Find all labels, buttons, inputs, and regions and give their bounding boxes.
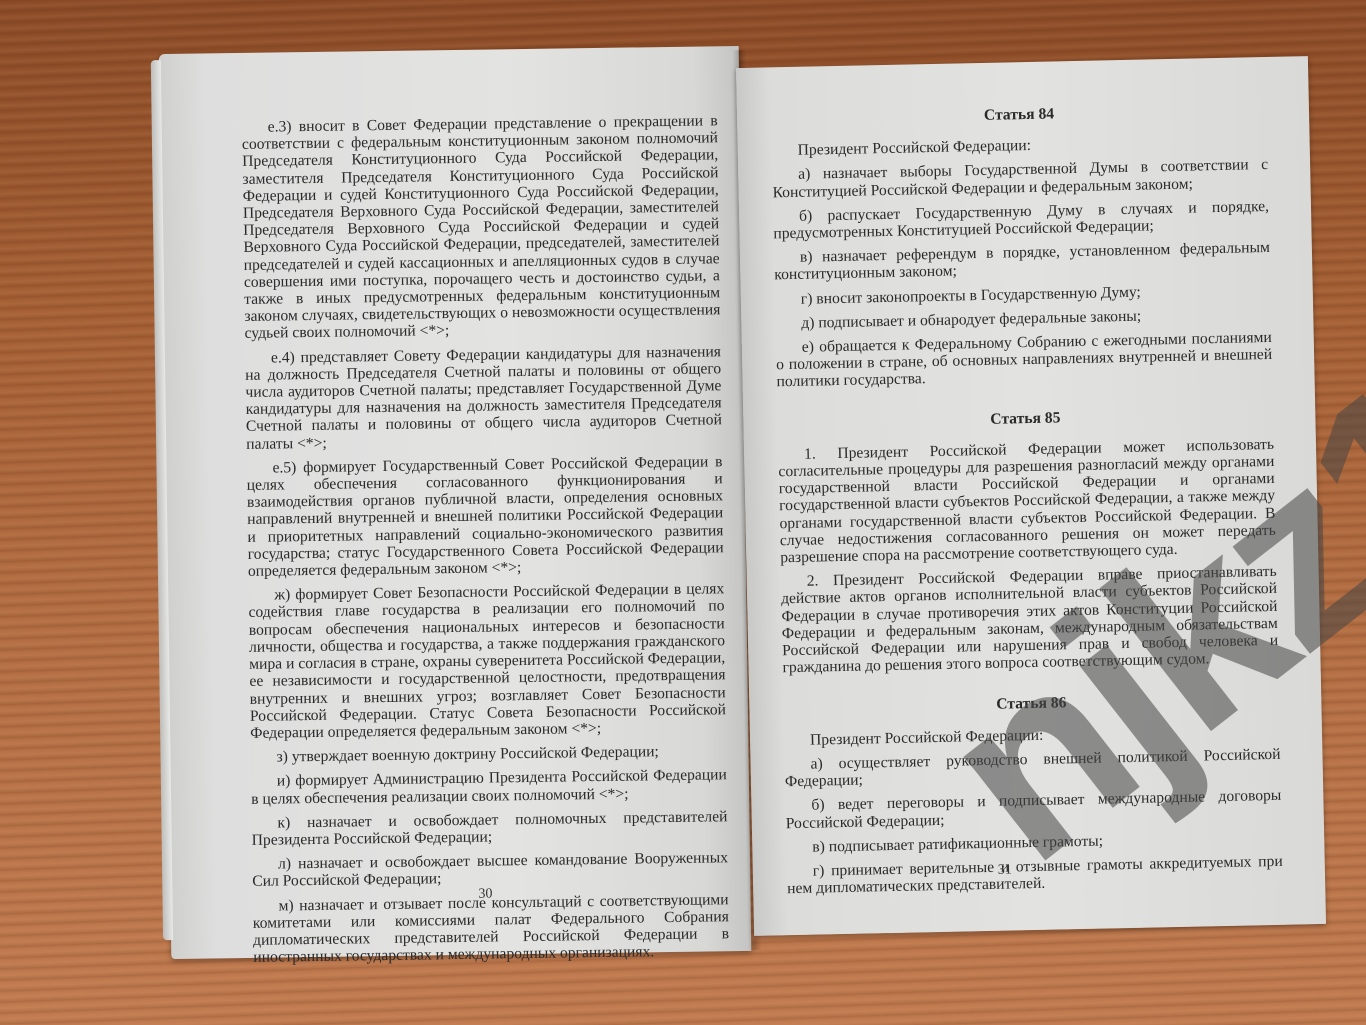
article-84: Статья 84 Президент Российской Федерации… [771, 101, 1273, 391]
paragraph-e4: е.4) представляет Совету Федерации канди… [245, 343, 722, 453]
article-84-item-d: д) подписывает и обнародует федеральные … [775, 305, 1271, 333]
page-number-left: 30 [478, 887, 492, 903]
article-84-item-e: е) обращается к Федеральному Собранию с … [776, 329, 1273, 391]
page-number-right: 31 [998, 862, 1012, 878]
article-84-item-v: в) назначает референдум в порядке, устан… [774, 239, 1271, 284]
article-84-title: Статья 84 [771, 101, 1267, 129]
article-85-part-1: 1. Президент Российской Федерации может … [778, 436, 1276, 567]
article-86-intro: Президент Российской Федерации: [784, 722, 1280, 750]
article-86-item-g: г) принимает верительные и отзывные грам… [787, 853, 1284, 898]
article-85: Статья 85 1. Президент Российской Федера… [777, 405, 1278, 677]
article-86-item-b: б) ведет переговоры и подписывает междун… [785, 787, 1282, 832]
article-86-item-a: а) осуществляет руководство внешней поли… [784, 746, 1281, 791]
paragraph-i: и) формирует Администрацию Президента Ро… [251, 767, 727, 808]
paragraph-zh: ж) формирует Совет Безопасности Российск… [248, 581, 726, 742]
left-page-text: е.3) вносит в Совет Федерации представле… [242, 112, 730, 973]
paragraph-l: л) назначает и освобождает высшее команд… [252, 849, 728, 890]
paragraph-k: к) назначает и освобождает полномочных п… [251, 808, 727, 849]
right-page-text: Статья 84 Президент Российской Федерации… [771, 101, 1284, 922]
paragraph-z: з) утверждает военную доктрину Российско… [250, 742, 726, 766]
article-85-title: Статья 85 [777, 405, 1273, 433]
right-page: Статья 84 Президент Российской Федерации… [736, 56, 1326, 936]
paragraph-e5: е.5) формирует Государственный Совет Рос… [246, 453, 724, 580]
article-84-intro: Президент Российской Федерации: [772, 132, 1268, 160]
article-84-item-b: б) распускает Государственную Думу в слу… [773, 198, 1270, 243]
article-85-part-2: 2. Президент Российской Федерации вправе… [781, 563, 1279, 677]
article-84-item-g: г) вносит законопроекты в Государственну… [775, 281, 1271, 309]
paragraph-e3: е.3) вносит в Совет Федерации представле… [242, 112, 721, 342]
article-86-title: Статья 86 [783, 690, 1279, 718]
article-86: Статья 86 Президент Российской Федерации… [783, 690, 1283, 897]
article-84-item-a: а) назначает выборы Государственной Думы… [772, 156, 1269, 201]
article-86-item-v: в) подписывает ратификационные грамоты; [786, 829, 1282, 857]
left-page: е.3) вносит в Совет Федерации представле… [159, 46, 752, 959]
